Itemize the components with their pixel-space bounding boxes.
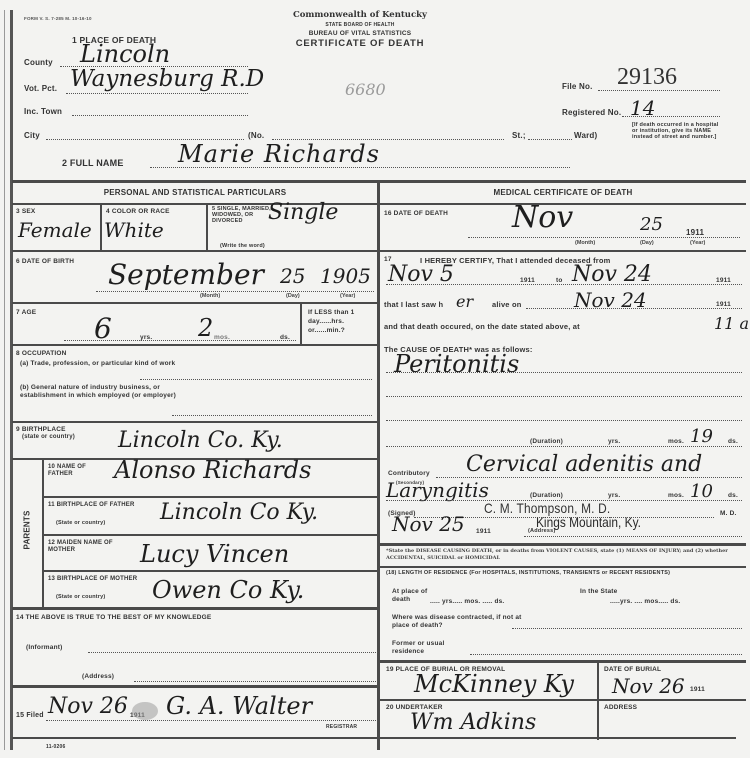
father-birthplace-label: 11 BIRTHPLACE OF FATHER: [48, 502, 144, 509]
center-divider: [377, 180, 380, 750]
father-birthplace-hint: (State or country): [56, 520, 105, 526]
row-rule: [44, 570, 378, 572]
row-divider: [300, 302, 302, 344]
county-label: County: [24, 58, 53, 67]
duration-yrs-2: yrs.: [608, 492, 620, 499]
occupation-b-label: (b) General nature of industry business,…: [20, 384, 180, 400]
dod-day: 25: [640, 214, 663, 235]
inc-town-label: Inc. Town: [24, 107, 62, 116]
street-no-label: (No.: [248, 131, 264, 140]
dod-year-caption: (Year): [690, 240, 705, 246]
row-rule: [380, 566, 746, 568]
burial-date-label: DATE OF BURIAL: [604, 666, 661, 673]
dod-month: Nov: [512, 200, 573, 235]
registered-no-label: Registered No.: [562, 108, 621, 117]
undertaker-address-label: ADDRESS: [604, 704, 637, 711]
mother-name-label: 12 MAIDEN NAME OF MOTHER: [48, 540, 140, 554]
row-rule: [44, 534, 378, 536]
ward-label: Ward): [574, 131, 597, 140]
parents-divider: [42, 458, 44, 608]
signed-date: Nov 25: [392, 512, 465, 536]
header-commonwealth: Commonwealth of Kentucky: [270, 10, 450, 20]
dob-month: September: [108, 258, 264, 291]
birthplace-value: Lincoln Co. Ky.: [118, 428, 283, 453]
bottom-rule: [12, 737, 378, 739]
informant-line: [88, 652, 376, 653]
death-certificate: FORM V. S. 7-285 M. 10-16-10 Commonwealt…: [0, 0, 750, 758]
attended-to-label: to: [556, 277, 563, 284]
vot-pct-value: Waynesburg R.D: [70, 66, 264, 92]
stamp-number: 6680: [345, 80, 386, 99]
county-value: Lincoln: [80, 40, 170, 68]
at-place-units: ..... yrs..... mos. ..... ds.: [392, 598, 504, 605]
occupation-a-label: (a) Trade, profession, or particular kin…: [20, 360, 180, 368]
age-years: 6: [94, 312, 112, 345]
age-months: 2: [198, 314, 213, 342]
residence-heading: (18) LENGTH OF RESIDENCE (For HOSPITALS,…: [386, 570, 726, 577]
mother-birthplace-value: Owen Co Ky.: [152, 576, 304, 604]
dod-month-caption: (Month): [575, 240, 595, 246]
where-contracted-label: Where was disease contracted, if not at …: [392, 614, 532, 630]
personal-heading: PERSONAL AND STATISTICAL PARTICULARS: [14, 188, 376, 197]
physician-address-line: [524, 536, 742, 537]
certificate-header: Commonwealth of Kentucky STATE BOARD OF …: [270, 10, 450, 49]
city-label: City: [24, 131, 40, 140]
last-saw-date: Nov 24: [574, 288, 647, 312]
where-contracted-line: [512, 628, 742, 629]
father-name-label: 10 NAME OF FATHER: [48, 464, 108, 478]
row-rule: [12, 607, 378, 610]
row-rule: [44, 496, 378, 498]
mother-birthplace-hint: (State or country): [56, 594, 105, 600]
row-rule: [380, 660, 746, 663]
marital-hint: (Write the word): [220, 243, 265, 249]
footer-number: 11-0206: [46, 744, 65, 750]
md-label: M. D.: [720, 510, 737, 517]
parents-label: PARENTS: [23, 524, 32, 550]
full-name-value: Marie Richards: [178, 140, 380, 168]
last-saw-year: 1911: [716, 301, 731, 308]
birthplace-hint: (state or country): [22, 434, 75, 440]
row-rule: [12, 344, 378, 346]
vot-pct-line: [66, 93, 248, 94]
dob-day: 25: [280, 264, 305, 288]
registered-no-value: 14: [630, 96, 655, 120]
file-no-value: 29136: [617, 64, 677, 91]
filed-line: [46, 720, 376, 721]
ward-line: [528, 139, 572, 140]
row-rule: [380, 543, 746, 546]
undertaker-value: Wm Adkins: [410, 710, 536, 735]
mother-name-value: Lucy Vincen: [140, 540, 289, 568]
attended-to: Nov 24: [572, 262, 652, 287]
last-saw-prefix: that I last saw h: [384, 300, 443, 309]
dob-line: [96, 291, 374, 292]
dod-label: 16 DATE OF DEATH: [384, 210, 448, 217]
attended-from: Nov 5: [388, 262, 454, 287]
age-yrs-label: yrs.: [140, 334, 152, 341]
attended-from-year: 1911: [520, 277, 535, 284]
ink-smudge: [132, 702, 158, 720]
father-name-value: Alonso Richards: [114, 456, 311, 484]
marital-label: 5 SINGLE, MARRIED, WIDOWED, OR DIVORCED: [212, 206, 272, 224]
alive-on-label: alive on: [492, 300, 522, 309]
burial-date-value: Nov 26: [612, 674, 685, 698]
former-residence-label: Former or usual residence: [392, 640, 472, 656]
row-divider: [206, 203, 208, 250]
inc-town-line: [72, 115, 248, 116]
signed-year: 1911: [476, 528, 491, 535]
dob-day-caption: (Day): [286, 293, 300, 299]
duration-days-1: 19: [690, 426, 713, 447]
row-rule: [12, 421, 378, 423]
registrar-label: REGISTRAR: [326, 724, 357, 730]
duration-line-1: [386, 446, 742, 447]
informant-address-label: (Address): [82, 673, 114, 680]
filed-label: 15 Filed: [16, 712, 44, 719]
row-rule: [380, 699, 746, 701]
less-than-day-label: If LESS than 1 day......hrs. or......min…: [308, 308, 376, 335]
attended-to-year: 1911: [716, 277, 731, 284]
medical-heading: MEDICAL CERTIFICATE OF DEATH: [382, 188, 744, 197]
dob-label: 6 DATE OF BIRTH: [16, 258, 74, 265]
informant-address-line: [134, 681, 376, 682]
age-label: 7 AGE: [16, 309, 36, 316]
left-edge: [4, 10, 5, 750]
contributory-value: Cervical adenitis and: [466, 452, 702, 477]
vot-pct-label: Vot. Pct.: [24, 84, 57, 93]
in-state-units: .....yrs. .... mos..... ds.: [580, 598, 680, 605]
color-value: White: [104, 218, 164, 242]
certificate-title: CERTIFICATE OF DEATH: [270, 38, 450, 49]
father-birthplace-value: Lincoln Co Ky.: [160, 500, 318, 525]
burial-place-value: McKinney Ky: [414, 670, 574, 698]
death-occurred-text: and that death occured, on the date stat…: [384, 322, 580, 331]
dob-month-caption: (Month): [200, 293, 220, 299]
duration-mos-1: mos.: [668, 438, 684, 445]
age-mos-label: mos.: [214, 334, 230, 341]
full-name-label: 2 FULL NAME: [62, 158, 124, 168]
dod-year: 1911: [686, 228, 704, 237]
dob-year: 1905: [320, 264, 371, 288]
mother-birthplace-label: 13 BIRTHPLACE OF MOTHER: [48, 576, 144, 583]
duration-yrs-1: yrs.: [608, 438, 620, 445]
death-occurred-time: 11 am: [714, 314, 750, 333]
dob-year-caption: (Year): [340, 293, 355, 299]
row-divider: [100, 203, 102, 250]
cause-value: Peritonitis: [394, 350, 519, 378]
informant-label: (Informant): [26, 644, 63, 651]
row-rule: [12, 685, 378, 688]
disease-footnote: *State the DISEASE CAUSING DEATH, or in …: [386, 548, 744, 562]
street-st-label: St.;: [512, 131, 526, 140]
row-rule: [12, 250, 378, 252]
former-residence-line: [470, 654, 742, 655]
registrar-signature: G. A. Walter: [166, 692, 312, 720]
form-number: FORM V. S. 7-285 M. 10-16-10: [24, 16, 92, 21]
occupation-b-line: [172, 415, 372, 416]
duration-days-2: 10: [690, 481, 713, 502]
cause-line-2: [386, 396, 742, 397]
birthplace-label: 9 BIRTHPLACE: [16, 426, 66, 433]
age-ds-label: ds.: [280, 334, 290, 341]
color-label: 4 COLOR OR RACE: [106, 208, 170, 215]
row-rule: [12, 302, 378, 304]
contributory-value-2: Laryngitis: [386, 478, 489, 502]
left-border: [10, 10, 13, 750]
header-bureau: BUREAU OF VITAL STATISTICS: [270, 30, 450, 37]
duration-ds-2: ds.: [728, 492, 738, 499]
bottom-rule: [380, 737, 736, 739]
duration-mos-2: mos.: [668, 492, 684, 499]
cause-line-3: [386, 420, 742, 421]
dod-line: [468, 237, 740, 238]
hospital-note: [If death occurred in a hospital or inst…: [632, 122, 724, 140]
sex-value: Female: [18, 218, 92, 242]
physician-address-value: Kings Mountain, Ky.: [536, 514, 641, 530]
row-rule: [380, 250, 746, 252]
duration-label-2: (Duration): [530, 492, 563, 499]
contributory-label: Contributory: [388, 470, 430, 477]
last-saw-pronoun: er: [456, 292, 473, 311]
duration-label-1: (Duration): [530, 438, 563, 445]
burial-year: 1911: [690, 686, 705, 693]
in-state-label: In the State: [580, 588, 620, 596]
dod-day-caption: (Day): [640, 240, 654, 246]
occupation-label: 8 OCCUPATION: [16, 350, 67, 357]
duration-ds-1: ds.: [728, 438, 738, 445]
sex-label: 3 SEX: [16, 208, 35, 215]
occupation-a-line: [140, 379, 372, 380]
marital-value: Single: [268, 200, 338, 225]
file-no-label: File No.: [562, 82, 593, 91]
filed-date: Nov 26: [48, 694, 128, 719]
header-board: STATE BOARD OF HEALTH: [270, 22, 450, 28]
true-statement: 14 THE ABOVE IS TRUE TO THE BEST OF MY K…: [16, 614, 211, 621]
